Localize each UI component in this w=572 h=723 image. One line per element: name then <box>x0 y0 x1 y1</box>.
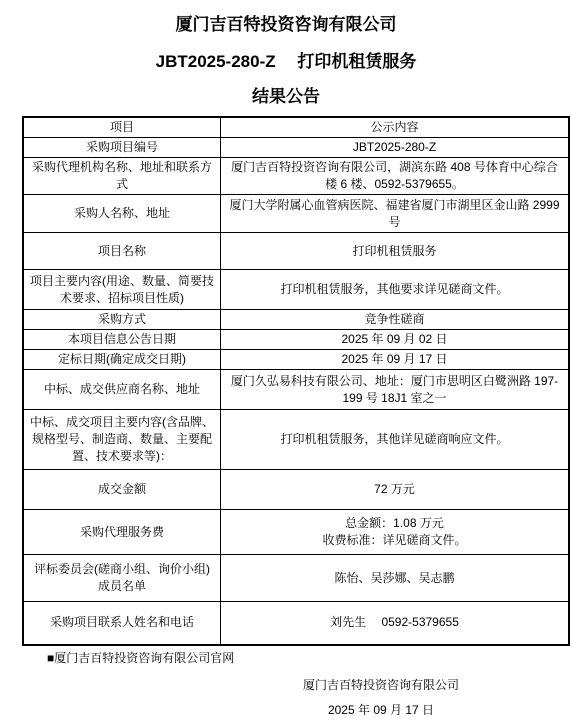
table-row-committee: 评标委员会(磋商小组、询价小组)成员名单 陈怡、吴莎娜、吴志鹏 <box>23 555 569 602</box>
table-row-award-content: 中标、成交项目主要内容(含品牌、规格型号、制造商、数量、主要配置、技术要求等)：… <box>23 410 569 470</box>
row-value-cell: 打印机租赁服务，其他详见磋商响应文件。 <box>221 410 570 470</box>
row-label-cell: 评标委员会(磋商小组、询价小组)成员名单 <box>23 555 221 602</box>
table-header-row: 项目 公示内容 <box>23 117 569 138</box>
row-label-cell: 采购方式 <box>23 310 221 330</box>
signature-company: 厦门吉百特投资咨询有限公司 <box>303 678 459 693</box>
table-row-award-amount: 成交金额 72 万元 <box>23 470 569 510</box>
row-label-cell: 采购代理服务费 <box>23 510 221 555</box>
table-row-award-date: 定标日期(确定成交日期) 2025 年 09 月 17 日 <box>23 350 569 370</box>
row-value-cell: 刘先生 0592-5379655 <box>221 602 570 645</box>
row-label-cell: 采购人名称、地址 <box>23 195 221 233</box>
row-label-cell: 成交金额 <box>23 470 221 510</box>
table-row-project-name: 项目名称 打印机租赁服务 <box>23 233 569 270</box>
row-value-cell: 陈怡、吴莎娜、吴志鹏 <box>221 555 570 602</box>
row-label-cell: 采购项目编号 <box>23 138 221 158</box>
row-value-cell: 打印机租赁服务 <box>221 233 570 270</box>
row-label-cell: 本项目信息公告日期 <box>23 330 221 350</box>
project-title: JBT2025-280-Z 打印机租赁服务 <box>0 53 572 71</box>
signature-block: 厦门吉百特投资咨询有限公司 2025 年 09 月 17 日 <box>303 678 459 718</box>
row-value-cell: 72 万元 <box>221 470 570 510</box>
document-page: 厦门吉百特投资咨询有限公司 JBT2025-280-Z 打印机租赁服务 结果公告… <box>0 0 572 723</box>
row-label-cell: 中标、成交供应商名称、地址 <box>23 370 221 410</box>
row-value-cell: 厦门大学附属心血管病医院、福建省厦门市湖里区金山路 2999 号 <box>221 195 570 233</box>
signature-date: 2025 年 09 月 17 日 <box>303 703 459 718</box>
table-row-supplier: 中标、成交供应商名称、地址 厦门久弘易科技有限公司、地址：厦门市思明区白鹭洲路 … <box>23 370 569 410</box>
table-row-project-content: 项目主要内容(用途、数量、简要技术要求、招标项目性质) 打印机租赁服务，其他要求… <box>23 270 569 310</box>
row-value-cell: 打印机租赁服务，其他要求详见磋商文件。 <box>221 270 570 310</box>
table-row-contact: 采购项目联系人姓名和电话 刘先生 0592-5379655 <box>23 602 569 645</box>
row-value-cell: 2025 年 09 月 02 日 <box>221 330 570 350</box>
table-row-agency-fee: 采购代理服务费 总金额：1.08 万元 收费标准：详见磋商文件。 <box>23 510 569 555</box>
row-value-cell: 2025 年 09 月 17 日 <box>221 350 570 370</box>
table-row-agency: 采购代理机构名称、地址和联系方式 厦门吉百特投资咨询有限公司，湖滨东路 408 … <box>23 158 569 195</box>
header-content-cell: 公示内容 <box>221 117 570 138</box>
row-label-cell: 项目名称 <box>23 233 221 270</box>
row-value-cell: 总金额：1.08 万元 收费标准：详见磋商文件。 <box>221 510 570 555</box>
table-row-announce-date: 本项目信息公告日期 2025 年 09 月 02 日 <box>23 330 569 350</box>
row-value-cell: 竞争性磋商 <box>221 310 570 330</box>
table-row-purchaser: 采购人名称、地址 厦门大学附属心血管病医院、福建省厦门市湖里区金山路 2999 … <box>23 195 569 233</box>
header-item-cell: 项目 <box>23 117 221 138</box>
row-label-cell: 定标日期(确定成交日期) <box>23 350 221 370</box>
publish-site-line: ■厦门吉百特投资咨询有限公司官网 <box>47 651 572 666</box>
row-label-cell: 中标、成交项目主要内容(含品牌、规格型号、制造商、数量、主要配置、技术要求等)： <box>23 410 221 470</box>
row-label-cell: 采购项目联系人姓名和电话 <box>23 602 221 645</box>
table-row-project-number: 采购项目编号 JBT2025-280-Z <box>23 138 569 158</box>
row-label-cell: 项目主要内容(用途、数量、简要技术要求、招标项目性质) <box>23 270 221 310</box>
company-title: 厦门吉百特投资咨询有限公司 <box>0 16 572 34</box>
table-row-procurement-method: 采购方式 竞争性磋商 <box>23 310 569 330</box>
row-value-cell: 厦门吉百特投资咨询有限公司，湖滨东路 408 号体育中心综合楼 6 楼、0592… <box>221 158 570 195</box>
announcement-title: 结果公告 <box>0 88 572 106</box>
announcement-table: 项目 公示内容 采购项目编号 JBT2025-280-Z 采购代理机构名称、地址… <box>22 116 570 646</box>
row-label-cell: 采购代理机构名称、地址和联系方式 <box>23 158 221 195</box>
row-value-cell: JBT2025-280-Z <box>221 138 570 158</box>
row-value-cell: 厦门久弘易科技有限公司、地址：厦门市思明区白鹭洲路 197-199 号 18J1… <box>221 370 570 410</box>
